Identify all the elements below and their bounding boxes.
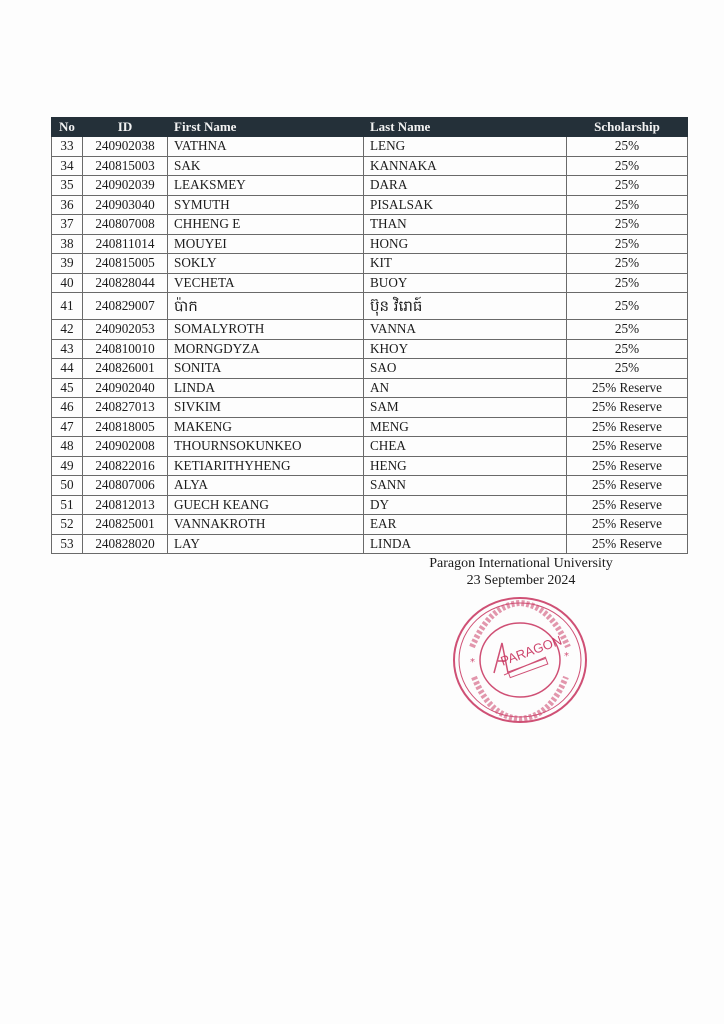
row-number: 45 bbox=[52, 378, 83, 398]
student-id: 240902039 bbox=[83, 176, 168, 196]
header-first-name: First Name bbox=[168, 118, 364, 137]
scholarship-value: 25% bbox=[567, 215, 688, 235]
first-name: THOURNSOKUNKEO bbox=[168, 437, 364, 457]
table-row: 44240826001SONITASAO25% bbox=[52, 359, 688, 379]
table-row: 36240903040SYMUTHPISALSAK25% bbox=[52, 195, 688, 215]
student-id: 240822016 bbox=[83, 456, 168, 476]
first-name: KETIARITHYHENG bbox=[168, 456, 364, 476]
last-name: AN bbox=[364, 378, 567, 398]
scholarship-value: 25% bbox=[567, 320, 688, 340]
scholarship-value: 25% bbox=[567, 234, 688, 254]
first-name: SOMALYROTH bbox=[168, 320, 364, 340]
first-name: SIVKIM bbox=[168, 398, 364, 418]
student-id: 240902008 bbox=[83, 437, 168, 457]
table-row: 51240812013GUECH KEANGDY25% Reserve bbox=[52, 495, 688, 515]
student-id: 240818005 bbox=[83, 417, 168, 437]
first-name: ALYA bbox=[168, 476, 364, 496]
table-row: 33240902038VATHNALENG25% bbox=[52, 137, 688, 157]
row-number: 47 bbox=[52, 417, 83, 437]
student-id: 240826001 bbox=[83, 359, 168, 379]
table-row: 39240815005SOKLYKIT25% bbox=[52, 254, 688, 274]
row-number: 43 bbox=[52, 339, 83, 359]
row-number: 49 bbox=[52, 456, 83, 476]
last-name: PISALSAK bbox=[364, 195, 567, 215]
table-row: 43240810010MORNGDYZAKHOY25% bbox=[52, 339, 688, 359]
row-number: 48 bbox=[52, 437, 83, 457]
university-seal-icon: PARAGON * * bbox=[450, 595, 590, 725]
scholarship-value: 25% Reserve bbox=[567, 398, 688, 418]
scholarship-table: No ID First Name Last Name Scholarship 3… bbox=[51, 117, 688, 554]
student-id: 240807008 bbox=[83, 215, 168, 235]
first-name: LEAKSMEY bbox=[168, 176, 364, 196]
first-name: MOUYEI bbox=[168, 234, 364, 254]
first-name: SYMUTH bbox=[168, 195, 364, 215]
last-name: LENG bbox=[364, 137, 567, 157]
scholarship-value: 25% bbox=[567, 176, 688, 196]
student-id: 240815003 bbox=[83, 156, 168, 176]
table-header-row: No ID First Name Last Name Scholarship bbox=[52, 118, 688, 137]
row-number: 44 bbox=[52, 359, 83, 379]
scholarship-value: 25% bbox=[567, 137, 688, 157]
last-name: EAR bbox=[364, 515, 567, 535]
scholarship-value: 25% bbox=[567, 254, 688, 274]
last-name: BUOY bbox=[364, 273, 567, 293]
table-row: 46240827013SIVKIMSAM25% Reserve bbox=[52, 398, 688, 418]
first-name: MORNGDYZA bbox=[168, 339, 364, 359]
student-id: 240902053 bbox=[83, 320, 168, 340]
last-name: SAO bbox=[364, 359, 567, 379]
scholarship-value: 25% bbox=[567, 339, 688, 359]
row-number: 40 bbox=[52, 273, 83, 293]
student-id: 240902038 bbox=[83, 137, 168, 157]
table-row: 38240811014MOUYEIHONG25% bbox=[52, 234, 688, 254]
row-number: 42 bbox=[52, 320, 83, 340]
last-name: KIT bbox=[364, 254, 567, 274]
scholarship-value: 25% bbox=[567, 195, 688, 215]
last-name: KHOY bbox=[364, 339, 567, 359]
scholarship-value: 25% Reserve bbox=[567, 456, 688, 476]
last-name: SAM bbox=[364, 398, 567, 418]
row-number: 39 bbox=[52, 254, 83, 274]
student-id: 240810010 bbox=[83, 339, 168, 359]
table-row: 52240825001VANNAKROTHEAR25% Reserve bbox=[52, 515, 688, 535]
header-last-name: Last Name bbox=[364, 118, 567, 137]
row-number: 53 bbox=[52, 534, 83, 554]
document-page: No ID First Name Last Name Scholarship 3… bbox=[0, 0, 724, 1024]
scholarship-value: 25% Reserve bbox=[567, 378, 688, 398]
student-id: 240829007 bbox=[83, 293, 168, 320]
scholarship-value: 25% bbox=[567, 359, 688, 379]
student-id: 240902040 bbox=[83, 378, 168, 398]
row-number: 50 bbox=[52, 476, 83, 496]
student-id: 240828020 bbox=[83, 534, 168, 554]
row-number: 51 bbox=[52, 495, 83, 515]
first-name: ប៉ាក bbox=[168, 293, 364, 320]
signature-block: Paragon International University 23 Sept… bbox=[405, 555, 637, 589]
first-name: VANNAKROTH bbox=[168, 515, 364, 535]
table-row: 49240822016KETIARITHYHENGHENG25% Reserve bbox=[52, 456, 688, 476]
header-scholarship: Scholarship bbox=[567, 118, 688, 137]
row-number: 46 bbox=[52, 398, 83, 418]
first-name: LINDA bbox=[168, 378, 364, 398]
row-number: 33 bbox=[52, 137, 83, 157]
scholarship-value: 25% bbox=[567, 273, 688, 293]
table-row: 50240807006ALYASANN25% Reserve bbox=[52, 476, 688, 496]
student-id: 240812013 bbox=[83, 495, 168, 515]
table-row: 53240828020LAYLINDA25% Reserve bbox=[52, 534, 688, 554]
row-number: 38 bbox=[52, 234, 83, 254]
student-id: 240811014 bbox=[83, 234, 168, 254]
last-name: DARA bbox=[364, 176, 567, 196]
first-name: CHHENG E bbox=[168, 215, 364, 235]
table-row: 37240807008CHHENG ETHAN25% bbox=[52, 215, 688, 235]
row-number: 41 bbox=[52, 293, 83, 320]
first-name: MAKENG bbox=[168, 417, 364, 437]
student-id: 240903040 bbox=[83, 195, 168, 215]
scholarship-value: 25% Reserve bbox=[567, 495, 688, 515]
last-name: THAN bbox=[364, 215, 567, 235]
table-row: 47240818005MAKENGMENG25% Reserve bbox=[52, 417, 688, 437]
row-number: 52 bbox=[52, 515, 83, 535]
header-no: No bbox=[52, 118, 83, 137]
last-name: SANN bbox=[364, 476, 567, 496]
row-number: 36 bbox=[52, 195, 83, 215]
student-id: 240825001 bbox=[83, 515, 168, 535]
last-name: MENG bbox=[364, 417, 567, 437]
header-id: ID bbox=[83, 118, 168, 137]
last-name: HONG bbox=[364, 234, 567, 254]
table-row: 41240829007ប៉ាកប៊ុន វិរោធ៍25% bbox=[52, 293, 688, 320]
first-name: SOKLY bbox=[168, 254, 364, 274]
student-id: 240828044 bbox=[83, 273, 168, 293]
student-id: 240827013 bbox=[83, 398, 168, 418]
student-id: 240807006 bbox=[83, 476, 168, 496]
svg-text:*: * bbox=[564, 651, 569, 662]
row-number: 34 bbox=[52, 156, 83, 176]
first-name: LAY bbox=[168, 534, 364, 554]
table-row: 45240902040LINDAAN25% Reserve bbox=[52, 378, 688, 398]
scholarship-value: 25% bbox=[567, 293, 688, 320]
scholarship-value: 25% Reserve bbox=[567, 437, 688, 457]
first-name: SONITA bbox=[168, 359, 364, 379]
scholarship-value: 25% Reserve bbox=[567, 515, 688, 535]
row-number: 37 bbox=[52, 215, 83, 235]
scholarship-value: 25% bbox=[567, 156, 688, 176]
last-name: KANNAKA bbox=[364, 156, 567, 176]
first-name: VATHNA bbox=[168, 137, 364, 157]
table-row: 48240902008THOURNSOKUNKEOCHEA25% Reserve bbox=[52, 437, 688, 457]
last-name: DY bbox=[364, 495, 567, 515]
row-number: 35 bbox=[52, 176, 83, 196]
institution-name: Paragon International University bbox=[405, 555, 637, 572]
table-row: 35240902039LEAKSMEYDARA25% bbox=[52, 176, 688, 196]
table-body: 33240902038VATHNALENG25%34240815003SAKKA… bbox=[52, 137, 688, 554]
last-name: VANNA bbox=[364, 320, 567, 340]
table-row: 34240815003SAKKANNAKA25% bbox=[52, 156, 688, 176]
last-name: ប៊ុន វិរោធ៍ bbox=[364, 293, 567, 320]
signature-date: 23 September 2024 bbox=[405, 572, 637, 589]
first-name: VECHETA bbox=[168, 273, 364, 293]
scholarship-value: 25% Reserve bbox=[567, 476, 688, 496]
scholarship-value: 25% Reserve bbox=[567, 534, 688, 554]
student-id: 240815005 bbox=[83, 254, 168, 274]
table-row: 40240828044VECHETABUOY25% bbox=[52, 273, 688, 293]
last-name: HENG bbox=[364, 456, 567, 476]
first-name: GUECH KEANG bbox=[168, 495, 364, 515]
last-name: LINDA bbox=[364, 534, 567, 554]
scholarship-value: 25% Reserve bbox=[567, 417, 688, 437]
first-name: SAK bbox=[168, 156, 364, 176]
last-name: CHEA bbox=[364, 437, 567, 457]
table-row: 42240902053SOMALYROTHVANNA25% bbox=[52, 320, 688, 340]
svg-text:*: * bbox=[470, 657, 475, 668]
